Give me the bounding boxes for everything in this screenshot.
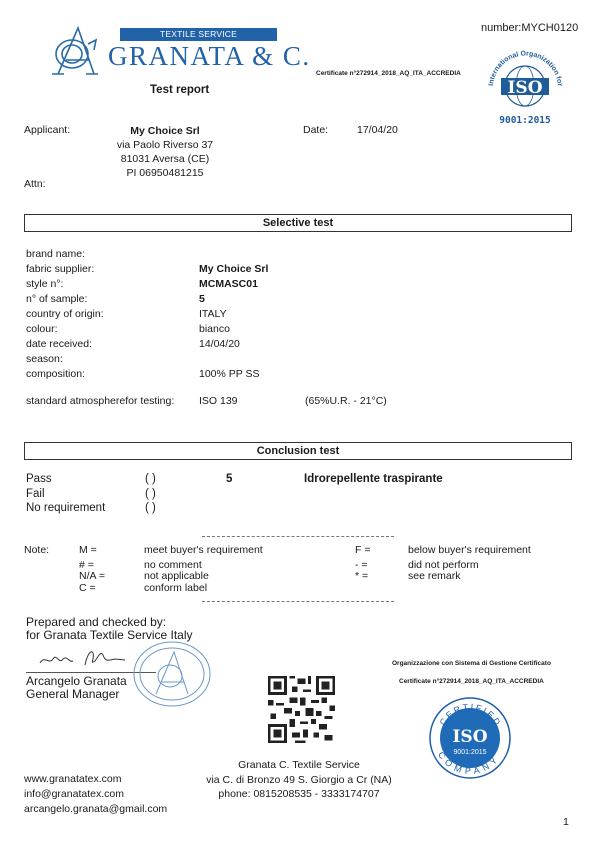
note-code: M =: [79, 544, 97, 556]
company-address: via C. di Bronzo 49 S. Giorgio a Cr (NA): [204, 773, 394, 788]
field-label: n° of sample:: [26, 293, 87, 305]
note-meaning: see remark: [408, 570, 461, 582]
result-label: Fail: [26, 488, 45, 500]
note-meaning: no comment: [144, 559, 202, 571]
date-label: Date:: [303, 124, 328, 136]
note-code: C =: [79, 582, 96, 594]
applicant-block: My Choice Srl via Paolo Riverso 37 81031…: [100, 124, 230, 180]
note-code: N/A =: [79, 570, 105, 582]
iso-9001-badge-icon: International Organization for Standardi…: [483, 44, 568, 129]
note-code: - =: [355, 559, 368, 571]
report-number: number:MYCH0120: [481, 22, 578, 34]
applicant-address-line: PI 06950481215: [100, 166, 230, 180]
note-meaning: not applicable: [144, 570, 209, 582]
field-value: 5: [199, 293, 205, 305]
email-link[interactable]: arcangelo.granata@gmail.com: [24, 802, 167, 817]
certificate-header: Certificate n°272914_2018_AQ_ITA_ACCREDI…: [316, 70, 461, 77]
certified-org: Organizzazione con Sistema di Gestione C…: [392, 660, 551, 667]
signer-role: General Manager: [26, 687, 119, 701]
field-value: ITALY: [199, 308, 227, 320]
field-value: 100% PP SS: [199, 368, 260, 380]
company-phone: phone: 0815208535 - 3333174707: [204, 787, 394, 802]
field-label: country of origin:: [26, 308, 104, 320]
result-checkbox[interactable]: ( ): [145, 502, 156, 514]
note-meaning: below buyer's requirement: [408, 544, 531, 556]
note-meaning: meet buyer's requirement: [144, 544, 263, 556]
selective-test-header: Selective test: [24, 214, 572, 232]
logo-name: GRANATA & C.: [108, 41, 311, 72]
note-meaning: did not perform: [408, 559, 479, 571]
result-label: No requirement: [26, 502, 105, 514]
note-meaning: conform label: [144, 582, 207, 594]
applicant-name: My Choice Srl: [100, 124, 230, 138]
field-label: fabric supplier:: [26, 263, 94, 275]
qr-code-icon[interactable]: [268, 676, 335, 743]
note-code: # =: [79, 559, 94, 571]
prepared-by: Prepared and checked by:: [26, 615, 166, 629]
svg-text:9001:2015: 9001:2015: [453, 749, 486, 756]
field-label: composition:: [26, 368, 85, 380]
report-date: 17/04/20: [357, 124, 398, 136]
applicant-label: Applicant:: [24, 124, 70, 136]
logo-band: TEXTILE SERVICE: [120, 28, 277, 41]
field-value: My Choice Srl: [199, 263, 268, 275]
page-title: Test report: [150, 84, 209, 96]
field-label: colour:: [26, 323, 58, 335]
company-name: Granata C. Textile Service: [204, 758, 394, 773]
result-checkbox[interactable]: ( ): [145, 488, 156, 500]
applicant-address-line: via Paolo Riverso 37: [100, 138, 230, 152]
svg-text:ISO: ISO: [507, 78, 542, 98]
footer-contacts: www.granatatex.com info@granatatex.com a…: [24, 772, 167, 817]
notes-label: Note:: [24, 544, 49, 556]
attn-label: Attn:: [24, 178, 46, 190]
page-number: 1: [563, 816, 569, 828]
footer-company-block: Granata C. Textile Service via C. di Bro…: [204, 758, 394, 802]
result-description: Idrorepellente traspirante: [304, 473, 443, 485]
svg-text:ISO: ISO: [452, 727, 487, 747]
iso-certified-company-badge-icon: CERTIFIED COMPANY ISO 9001:2015: [428, 696, 512, 780]
field-value: bianco: [199, 323, 230, 335]
atmosphere-label: standard atmospherefor testing:: [26, 395, 174, 407]
atmosphere-standard: ISO 139: [199, 395, 238, 407]
signature-icon: [35, 645, 135, 669]
field-label: season:: [26, 353, 63, 365]
field-value: MCMASC01: [199, 278, 258, 290]
result-label: Pass: [26, 473, 52, 485]
field-label: brand name:: [26, 248, 85, 260]
email-link[interactable]: info@granatatex.com: [24, 787, 167, 802]
result-checkbox[interactable]: ( ): [145, 473, 156, 485]
notes-divider-top: [202, 536, 394, 537]
conclusion-test-header: Conclusion test: [24, 442, 572, 460]
website-link[interactable]: www.granatatex.com: [24, 772, 167, 787]
applicant-address-line: 81031 Aversa (CE): [100, 152, 230, 166]
notes-divider-bottom: [202, 601, 394, 602]
field-label: date received:: [26, 338, 92, 350]
atmosphere-conditions: (65%U.R. - 21°C): [305, 395, 387, 407]
signer-name: Arcangelo Granata: [26, 674, 127, 688]
company-stamp-icon: [132, 640, 212, 708]
field-label: style n°:: [26, 278, 63, 290]
note-code: F =: [355, 544, 370, 556]
result-count: 5: [226, 473, 232, 485]
svg-text:9001:2015: 9001:2015: [499, 115, 551, 126]
field-value: 14/04/20: [199, 338, 240, 350]
certificate-footer: Certificate n°272914_2018_AQ_ITA_ACCREDI…: [399, 678, 544, 685]
granata-logo-icon: [50, 24, 100, 76]
note-code: * =: [355, 570, 368, 582]
